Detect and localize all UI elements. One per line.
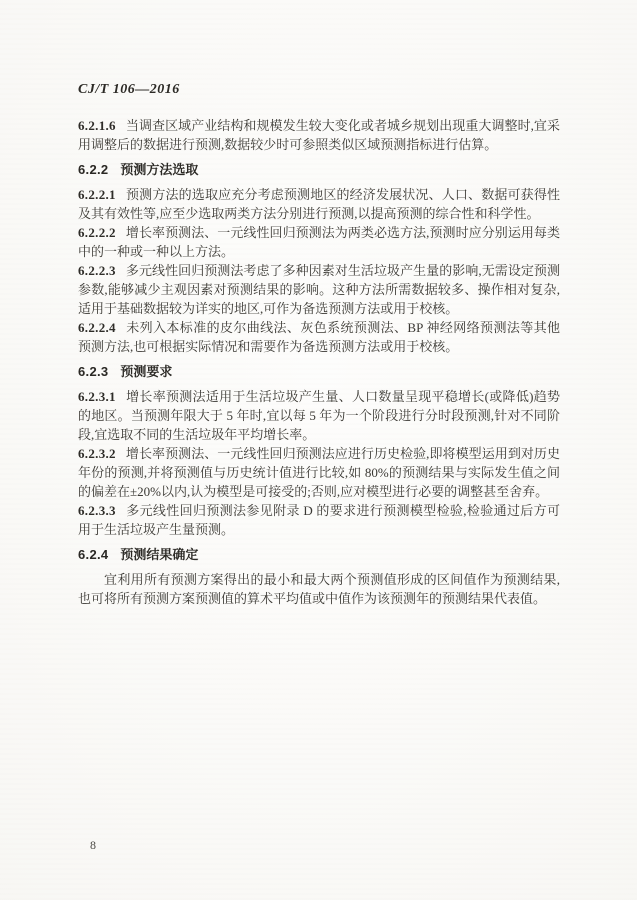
heading-title: 预测方法选取 <box>120 162 198 177</box>
paragraph-prediction-result: 宜利用所有预测方案得出的最小和最大两个预测值形成的区间值作为预测结果,也可将所有… <box>78 570 560 608</box>
clause-number: 6.2.3.1 <box>78 389 126 404</box>
clause-text: 预测方法的选取应充分考虑预测地区的经济发展状况、人口、数据可获得性及其有效性等,… <box>78 187 560 221</box>
clause-6-2-2-3: 6.2.2.3多元线性回归预测法考虑了多种因素对生活垃圾产生量的影响,无需设定预… <box>78 261 560 318</box>
clause-6-2-3-2: 6.2.3.2增长率预测法、一元线性回归预测法应进行历史检验,即将模型运用到对历… <box>78 444 560 501</box>
heading-title: 预测要求 <box>120 364 172 379</box>
clause-6-2-1-6: 6.2.1.6当调查区域产业结构和规模发生较大变化或者城乡规划出现重大调整时,宜… <box>78 116 560 154</box>
document-page: CJ/T 106—2016 6.2.1.6当调查区域产业结构和规模发生较大变化或… <box>0 0 637 900</box>
heading-6-2-2: 6.2.2预测方法选取 <box>78 160 560 179</box>
heading-number: 6.2.3 <box>78 364 120 379</box>
heading-title: 预测结果确定 <box>120 547 198 562</box>
clause-number: 6.2.3.3 <box>78 503 126 518</box>
clause-number: 6.2.3.2 <box>78 446 126 461</box>
clause-text: 多元线性回归预测法参见附录 D 的要求进行预测模型检验,检验通过后方可用于生活垃… <box>78 503 560 537</box>
clause-6-2-3-1: 6.2.3.1增长率预测法适用于生活垃圾产生量、人口数量呈现平稳增长(或降低)趋… <box>78 387 560 444</box>
heading-number: 6.2.4 <box>78 547 120 562</box>
clause-number: 6.2.2.3 <box>78 263 126 278</box>
clause-text: 增长率预测法、一元线性回归预测法为两类必选方法,预测时应分别运用每类中的一种或一… <box>78 225 560 259</box>
clause-6-2-2-1: 6.2.2.1预测方法的选取应充分考虑预测地区的经济发展状况、人口、数据可获得性… <box>78 185 560 223</box>
clause-6-2-2-2: 6.2.2.2增长率预测法、一元线性回归预测法为两类必选方法,预测时应分别运用每… <box>78 223 560 261</box>
clause-number: 6.2.2.4 <box>78 320 126 335</box>
heading-6-2-3: 6.2.3预测要求 <box>78 362 560 381</box>
clause-text: 当调查区域产业结构和规模发生较大变化或者城乡规划出现重大调整时,宜采用调整后的数… <box>78 118 560 152</box>
heading-6-2-4: 6.2.4预测结果确定 <box>78 545 560 564</box>
clause-number: 6.2.2.2 <box>78 225 126 240</box>
clause-number: 6.2.1.6 <box>78 118 126 133</box>
heading-number: 6.2.2 <box>78 162 120 177</box>
clause-text: 多元线性回归预测法考虑了多种因素对生活垃圾产生量的影响,无需设定预测参数,能够减… <box>78 263 560 316</box>
clause-6-2-3-3: 6.2.3.3多元线性回归预测法参见附录 D 的要求进行预测模型检验,检验通过后… <box>78 501 560 539</box>
clause-text: 增长率预测法、一元线性回归预测法应进行历史检验,即将模型运用到对历史年份的预测,… <box>78 446 560 499</box>
clause-text: 未列入本标准的皮尔曲线法、灰色系统预测法、BP 神经网络预测法等其他预测方法,也… <box>78 320 560 354</box>
standard-number-header: CJ/T 106—2016 <box>78 80 560 99</box>
clause-text: 增长率预测法适用于生活垃圾产生量、人口数量呈现平稳增长(或降低)趋势的地区。当预… <box>78 389 560 442</box>
clause-number: 6.2.2.1 <box>78 187 126 202</box>
document-body: 6.2.1.6当调查区域产业结构和规模发生较大变化或者城乡规划出现重大调整时,宜… <box>78 116 560 608</box>
clause-6-2-2-4: 6.2.2.4未列入本标准的皮尔曲线法、灰色系统预测法、BP 神经网络预测法等其… <box>78 318 560 356</box>
page-number: 8 <box>90 838 96 853</box>
